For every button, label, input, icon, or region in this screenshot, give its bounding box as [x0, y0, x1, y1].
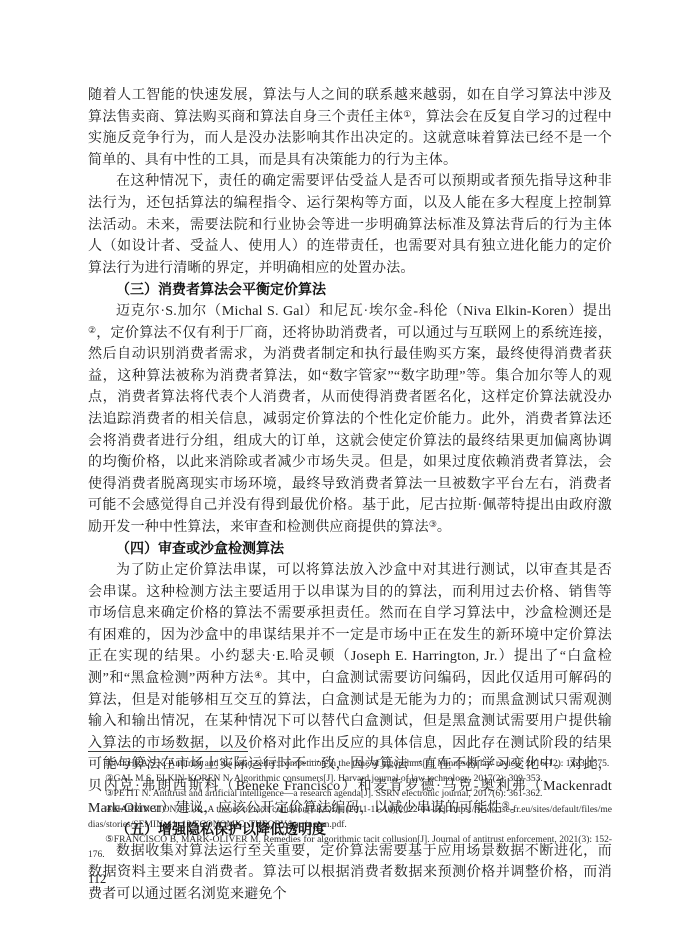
footnote-separator	[88, 751, 248, 752]
paragraph: 在这种情况下，责任的确定需要评估受益人是否可以预期或者预先指导这种非法行为，还包…	[88, 171, 612, 279]
footnote-list: ①MEHRA S K. Antitrust and the robo-selle…	[88, 757, 612, 863]
footnote: ③PETIT N. Antitrust and artificial intel…	[88, 787, 612, 802]
footnote: ①MEHRA S K. Antitrust and the robo-selle…	[88, 757, 612, 772]
paragraph-continuation: 随着人工智能的快速发展，算法与人之间的联系越来越弱，如在自学习算法中涉及算法售卖…	[88, 85, 612, 171]
footnote: ②GAL M S, ELKIN-KOREN N. Algorithmic con…	[88, 772, 612, 787]
section-heading-three: （三）消费者算法会平衡定价算法	[88, 279, 612, 301]
footnote: ④HARRINGTON J E JR. A theory of tacit co…	[88, 803, 612, 833]
footnote: ⑤FRANCISCO B, MARK-OLIVER M. Remedies fo…	[88, 833, 612, 863]
page-footer: ①MEHRA S K. Antitrust and the robo-selle…	[88, 751, 612, 887]
page-number: 112	[88, 872, 612, 887]
paragraph: 迈克尔·S.加尔（Michal S. Gal）和尼瓦·埃尔金-科伦（Niva E…	[88, 301, 612, 539]
section-heading-four: （四）审查或沙盒检测算法	[88, 538, 612, 560]
document-page: 随着人工智能的快速发展，算法与人之间的联系越来越弱，如在自学习算法中涉及算法售卖…	[0, 0, 700, 943]
